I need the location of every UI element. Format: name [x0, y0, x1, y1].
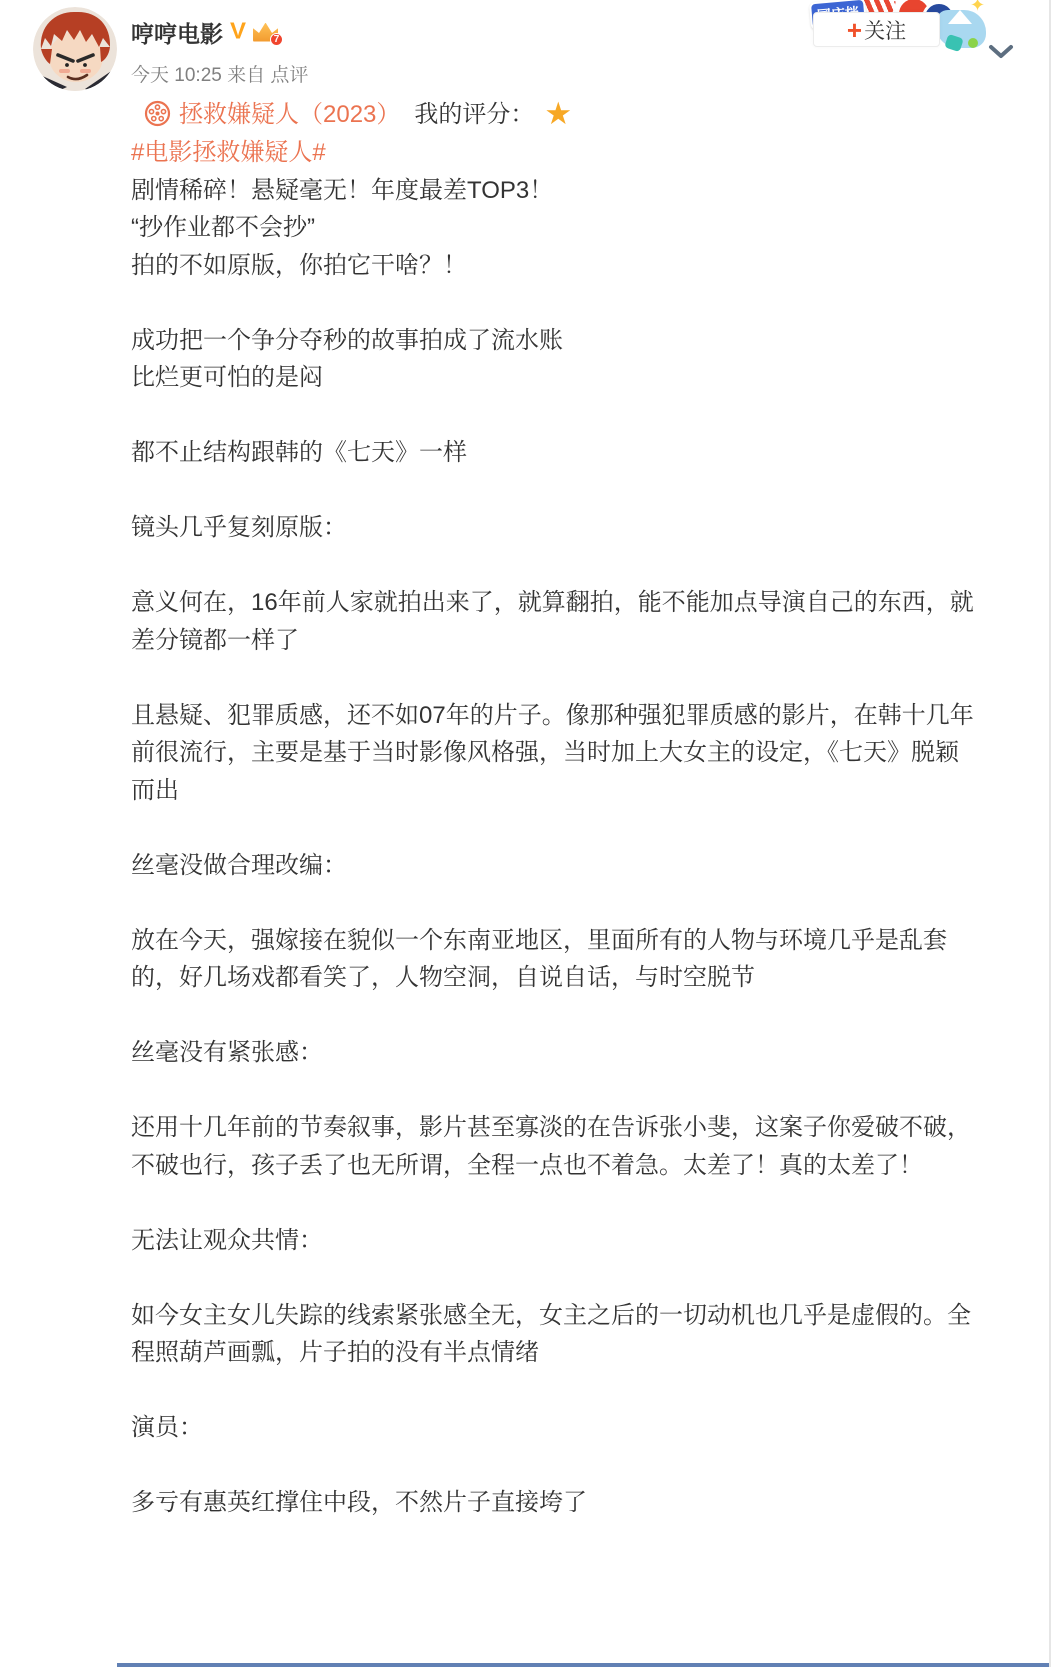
post-text-line: 而出 [131, 772, 1011, 810]
post-text-line: 还用十几年前的节奏叙事，影片甚至寡淡的在告诉张小斐，这案子你爱破不破， [131, 1109, 1011, 1147]
member-level-badge: 7 [270, 33, 283, 46]
post-text-line: 拍的不如原版，你拍它干啥？！ [131, 247, 1011, 285]
sparkle-icon: ✦ [970, 0, 985, 14]
post-text-line: 放在今天，强嫁接在貌似一个东南亚地区，里面所有的人物与环境几乎是乱套 [131, 922, 1011, 960]
weibo-post-card: 哼哼电影 V 7 今天 10:25 来自 点评 ✦ ✦ 国庆档 + 关注 [0, 0, 1051, 1667]
post-text-line: 比烂更可怕的是闷 [131, 359, 1011, 397]
post-text-line: 镜头几乎复刻原版： [131, 509, 1011, 547]
post-text-line: 意义何在，16年前人家就拍出来了，就算翻拍，能不能加点导演自己的东西，就 [131, 584, 1011, 622]
post-text-line: 无法让观众共情： [131, 1222, 1011, 1260]
post-text-line: 的，好几场戏都看笑了，人物空洞，自说自话，与时空脱节 [131, 959, 1011, 997]
promo-teal-decoration [944, 34, 964, 52]
post-paragraph: 丝毫没有紧张感： [131, 1034, 1011, 1072]
post-paragraph: 还用十几年前的节奏叙事，影片甚至寡淡的在告诉张小斐，这案子你爱破不破，不破也行，… [131, 1109, 1011, 1184]
source-prefix: 来自 [227, 65, 265, 86]
post-text-line: 成功把一个争分夺秒的故事拍成了流水账 [131, 322, 1011, 360]
post-text-line: 剧情稀碎！悬疑毫无！年度最差TOP3！ [131, 172, 1011, 210]
plus-icon: + [847, 17, 862, 43]
star-icon: ★ [544, 96, 572, 131]
sparkle-icon-small: ✦ [984, 0, 993, 1]
post-body: 拯救嫌疑人（2023）我的评分：★ #电影拯救嫌疑人# 剧情稀碎！悬疑毫无！年度… [131, 96, 1011, 1522]
post-text-line: 差分镜都一样了 [131, 622, 1011, 660]
hashtag-link[interactable]: #电影拯救嫌疑人# [131, 134, 1011, 172]
avatar-image [33, 7, 117, 91]
post-text-line: “抄作业都不会抄” [131, 209, 1011, 247]
rating-label: 我的评分： [414, 101, 534, 128]
post-paragraph: 丝毫没做合理改编： [131, 847, 1011, 885]
post-text-line: 多亏有惠英红撑住中段，不然片子直接垮了 [131, 1484, 1011, 1522]
source-link[interactable]: 点评 [270, 65, 308, 86]
post-text-line: 丝毫没有紧张感： [131, 1034, 1011, 1072]
promo-mountain-decoration [936, 10, 986, 48]
follow-label: 关注 [864, 15, 906, 45]
post-paragraph: 且悬疑、犯罪质感，还不如07年的片子。像那种强犯罪质感的影片，在韩十几年前很流行… [131, 697, 1011, 810]
post-text-line: 都不止结构跟韩的《七天》一样 [131, 434, 1011, 472]
verified-v-icon: V [230, 21, 246, 44]
promo-green-dot [968, 38, 978, 48]
avatar[interactable] [33, 7, 117, 91]
rating-line: 拯救嫌疑人（2023）我的评分：★ [131, 96, 1011, 134]
promo-snowcap-decoration [948, 10, 972, 24]
member-crown-icon: 7 [253, 21, 280, 44]
timestamp: 今天 10:25 [131, 65, 222, 86]
post-text-line: 且悬疑、犯罪质感，还不如07年的片子。像那种强犯罪质感的影片，在韩十几年 [131, 697, 1011, 735]
post-paragraph: 放在今天，强嫁接在貌似一个东南亚地区，里面所有的人物与环境几乎是乱套的，好几场戏… [131, 922, 1011, 997]
username[interactable]: 哼哼电影 [131, 16, 223, 49]
user-line: 哼哼电影 V 7 [131, 16, 280, 48]
post-paragraph: 意义何在，16年前人家就拍出来了，就算翻拍，能不能加点导演自己的东西，就差分镜都… [131, 584, 1011, 659]
post-paragraph: 多亏有惠英红撑住中段，不然片子直接垮了 [131, 1484, 1011, 1522]
post-paragraph: 剧情稀碎！悬疑毫无！年度最差TOP3！“抄作业都不会抄”拍的不如原版，你拍它干啥… [131, 172, 1011, 285]
post-meta: 今天 10:25 来自 点评 [131, 60, 308, 87]
movie-link[interactable]: 拯救嫌疑人（2023） [179, 101, 400, 128]
film-reel-icon [144, 100, 171, 139]
bottom-divider [117, 1663, 1049, 1667]
post-paragraph: 无法让观众共情： [131, 1222, 1011, 1260]
post-paragraphs: 剧情稀碎！悬疑毫无！年度最差TOP3！“抄作业都不会抄”拍的不如原版，你拍它干啥… [131, 172, 1011, 1522]
chevron-down-icon[interactable] [988, 44, 1014, 60]
post-text-line: 丝毫没做合理改编： [131, 847, 1011, 885]
post-text-line: 不破也行，孩子丢了也无所谓，全程一点也不着急。太差了！真的太差了！ [131, 1147, 1011, 1185]
post-paragraph: 如今女主女儿失踪的线索紧张感全无，女主之后的一切动机也几乎是虚假的。全程照葫芦画… [131, 1297, 1011, 1372]
post-text-line: 如今女主女儿失踪的线索紧张感全无，女主之后的一切动机也几乎是虚假的。全 [131, 1297, 1011, 1335]
post-paragraph: 演员： [131, 1409, 1011, 1447]
post-text-line: 程照葫芦画瓢，片子拍的没有半点情绪 [131, 1334, 1011, 1372]
follow-button[interactable]: + 关注 [813, 12, 940, 47]
post-paragraph: 成功把一个争分夺秒的故事拍成了流水账比烂更可怕的是闷 [131, 322, 1011, 397]
post-paragraph: 都不止结构跟韩的《七天》一样 [131, 434, 1011, 472]
post-text-line: 前很流行，主要是基于当时影像风格强，当时加上大女主的设定，《七天》脱颖 [131, 734, 1011, 772]
post-paragraph: 镜头几乎复刻原版： [131, 509, 1011, 547]
post-text-line: 演员： [131, 1409, 1011, 1447]
